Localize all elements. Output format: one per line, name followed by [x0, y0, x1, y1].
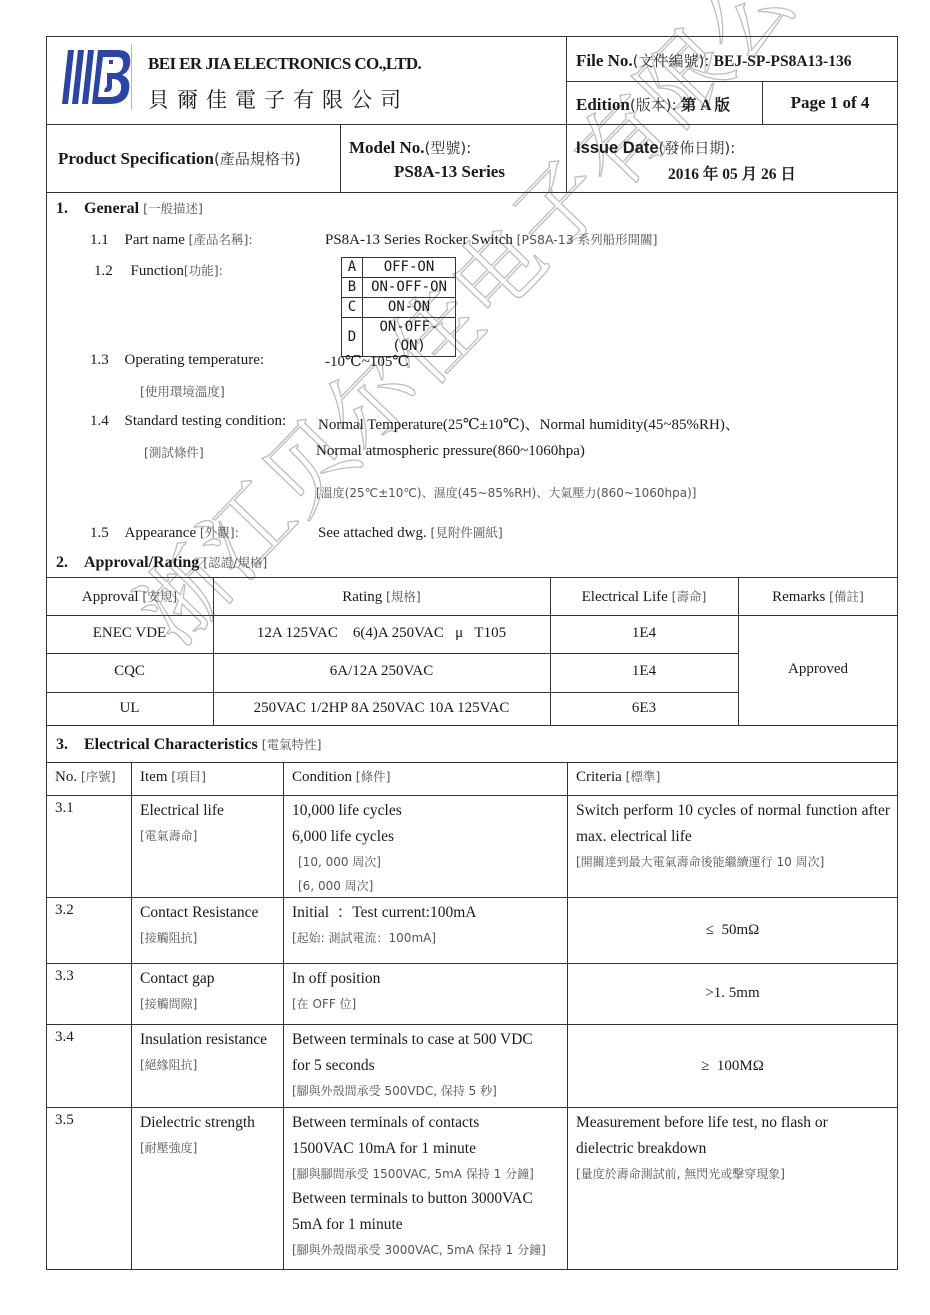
remarks-cell: Approved [738, 661, 898, 678]
condition-line: Between terminals to button 3000VAC [292, 1186, 546, 1212]
item-1-1: 1.1 Part name [產品名稱]: [90, 230, 253, 249]
col-label-cn: [條件] [356, 769, 391, 784]
function-row: CON-ON [342, 298, 456, 318]
condition-line: Between terminals to case at 500 VDC [292, 1027, 533, 1053]
item-text-cn: [耐壓強度] [140, 1136, 255, 1160]
col-label: Criteria [576, 769, 622, 785]
section-title-cn: [電氣特性] [262, 737, 322, 752]
section-title-cn: [認證/規格] [203, 555, 267, 570]
function-value: ON-OFF-(ON) [363, 318, 456, 357]
item-number: 1.1 [90, 232, 109, 248]
item-1-5: 1.5 Appearance [外觀]: [90, 523, 239, 542]
divider [131, 762, 132, 1270]
divider [46, 963, 898, 964]
model-no: Model No.(型號): [349, 137, 471, 158]
section-title: General [84, 200, 139, 217]
condition-line: for 5 seconds [292, 1053, 533, 1079]
divider [46, 1024, 898, 1025]
col-header-criteria: Criteria [標準] [576, 767, 660, 786]
function-row: BON-OFF-ON [342, 278, 456, 298]
item-text-cn: [接觸間隙] [140, 992, 214, 1016]
logo-separator [131, 44, 132, 110]
life-cell: 6E3 [550, 700, 738, 717]
rating-cell: 250VAC 1/2HP 8A 250VAC 10A 125VAC [213, 700, 550, 717]
divider [46, 653, 738, 654]
row-number: 3.1 [55, 800, 74, 817]
row-item: Electrical life [電氣壽命] [140, 798, 224, 848]
col-label: Condition [292, 769, 352, 785]
section-number: 1. [56, 200, 68, 217]
test-condition-line2: Normal atmospheric pressure(860~1060hpa) [316, 443, 585, 460]
life-cell: 1E4 [550, 663, 738, 680]
function-row: DON-OFF-(ON) [342, 318, 456, 357]
function-row: AOFF-ON [342, 258, 456, 278]
issue-date: Issue Date(發佈日期): [576, 137, 735, 158]
function-key: A [342, 258, 363, 278]
row-number: 3.3 [55, 968, 74, 985]
item-label: Part name [125, 232, 185, 248]
item-text: Dielectric strength [140, 1110, 255, 1136]
item-1-3: 1.3 Operating temperature: [90, 352, 264, 369]
row-item: Contact Resistance [接觸阻抗] [140, 900, 258, 950]
appearance-text: See attached dwg. [318, 525, 427, 541]
product-spec-label: Product Specification [58, 149, 214, 168]
row-condition: Initial ：Test current:100mA [起始: 測試電流：10… [292, 900, 476, 950]
condition-line-cn: [腳與腳間承受 1500VAC, 5mA 保持 1 分鐘] [292, 1162, 546, 1186]
divider [46, 795, 898, 796]
condition-line: 1500VAC 10mA for 1 minute [292, 1136, 546, 1162]
test-condition-cn: [溫度(25℃±10℃)、濕度(45~85%RH)、大氣壓力(860~1060h… [316, 484, 696, 501]
col-header-item: Item [項目] [140, 767, 206, 786]
row-item: Dielectric strength [耐壓強度] [140, 1110, 255, 1160]
issue-date-label: Issue Date [576, 139, 659, 157]
item-text-cn: [接觸阻抗] [140, 926, 258, 950]
item-label-cn: [測試條件] [144, 443, 204, 461]
condition-line-cn: [腳與外殼間承受 500VDC, 保持 5 秒] [292, 1079, 533, 1103]
row-criteria: Measurement before life test, no flash o… [576, 1110, 876, 1186]
section-title: Approval/Rating [84, 554, 199, 571]
file-no: File No.(文件編號): BEJ-SP-PS8A13-136 [576, 50, 851, 71]
condition-line: 5mA for 1 minute [292, 1212, 546, 1238]
item-label-cn: [功能]: [184, 263, 223, 278]
edition: Edition(版本): 第 A 版 [576, 93, 730, 115]
col-label: No. [55, 769, 77, 785]
life-cell: 1E4 [550, 625, 738, 642]
divider [46, 615, 898, 616]
row-criteria: ≥ 100MΩ [567, 1058, 898, 1075]
divider [46, 124, 898, 125]
row-condition: In off position [在 OFF 位] [292, 966, 380, 1016]
operating-temp-value: -10℃~105℃ [325, 352, 409, 371]
section-3-heading: 3. Electrical Characteristics [電氣特性] [56, 735, 321, 754]
criteria-text: Switch perform 10 cycles of normal funct… [576, 798, 890, 850]
divider [283, 762, 284, 1270]
item-text: Insulation resistance [140, 1027, 267, 1053]
col-label: Rating [342, 589, 382, 605]
col-header-condition: Condition [條件] [292, 767, 391, 786]
col-label-cn: [序號] [81, 769, 116, 784]
approval-cell: ENEC VDE [46, 625, 213, 642]
divider [46, 762, 898, 763]
col-header-remarks: Remarks [備註] [738, 587, 898, 606]
col-label-cn: [規格] [386, 589, 421, 604]
model-no-value: PS8A-13 Series [394, 162, 505, 182]
page-indicator: Page 1 of 4 [762, 93, 898, 113]
file-no-label-cn: (文件編號): [633, 52, 710, 70]
item-label: Appearance [125, 525, 197, 541]
row-number: 3.2 [55, 902, 74, 919]
divider [340, 124, 341, 192]
col-header-rating: Rating [規格] [213, 587, 550, 606]
edition-label: Edition [576, 95, 630, 114]
row-criteria: Switch perform 10 cycles of normal funct… [576, 798, 890, 874]
row-criteria: >1. 5mm [567, 985, 898, 1002]
col-label-cn: [標準] [626, 769, 661, 784]
item-number: 1.5 [90, 525, 109, 541]
row-condition: Between terminals to case at 500 VDC for… [292, 1027, 533, 1103]
function-key: C [342, 298, 363, 318]
function-value: ON-OFF-ON [363, 278, 456, 298]
test-condition-line1: Normal Temperature(25℃±10℃)、Normal humid… [318, 413, 740, 434]
section-number: 3. [56, 736, 68, 753]
item-1-4: 1.4 Standard testing condition: [90, 413, 286, 430]
divider [46, 725, 898, 726]
col-label: Remarks [772, 589, 825, 605]
divider [46, 577, 898, 578]
item-text: Contact Resistance [140, 900, 258, 926]
condition-line: 6,000 life cycles [292, 824, 402, 850]
condition-line-cn: [在 OFF 位] [292, 992, 380, 1016]
issue-date-label-cn: (發佈日期): [659, 139, 736, 157]
divider [46, 692, 738, 693]
item-number: 1.2 [94, 263, 113, 279]
appearance-value: See attached dwg. [見附件圖紙] [318, 523, 503, 542]
divider [566, 81, 898, 82]
item-label: Operating temperature: [125, 352, 265, 368]
edition-value: 第 A 版 [681, 97, 730, 114]
divider [567, 762, 568, 1270]
appearance-text-cn: [見附件圖紙] [430, 525, 502, 540]
row-item: Insulation resistance [絕緣阻抗] [140, 1027, 267, 1077]
condition-line-cn: [10, 000 周次] [292, 850, 402, 874]
section-title: Electrical Characteristics [84, 736, 258, 753]
divider [46, 1107, 898, 1108]
col-label-cn: [項目] [171, 769, 206, 784]
function-key: B [342, 278, 363, 298]
product-spec: Product Specification(產品規格书) [58, 148, 301, 169]
company-name-en: BEI ER JIA ELECTRONICS CO.,LTD. [148, 54, 421, 74]
item-label-cn: [產品名稱]: [189, 232, 253, 247]
col-header-no: No. [序號] [55, 767, 116, 786]
criteria-text-cn: [量度於壽命測試前, 無閃光或擊穿現象] [576, 1162, 876, 1186]
col-label: Item [140, 769, 168, 785]
section-title-cn: [一般描述] [143, 201, 203, 216]
section-number: 2. [56, 554, 68, 571]
row-criteria: ≤ 50mΩ [567, 922, 898, 939]
item-number: 1.4 [90, 413, 109, 429]
divider [46, 897, 898, 898]
condition-line: Initial ：Test current:100mA [292, 900, 476, 926]
function-key: D [342, 318, 363, 357]
row-condition: Between terminals of contacts 1500VAC 10… [292, 1110, 546, 1262]
item-label-cn: [外觀]: [200, 525, 239, 540]
company-name-cn: 貝爾佳電子有限公司 [148, 84, 409, 114]
item-number: 1.3 [90, 352, 109, 368]
edition-label-cn: (版本): [630, 96, 677, 114]
row-number: 3.4 [55, 1029, 74, 1046]
part-name-value: PS8A-13 Series Rocker Switch [325, 232, 513, 248]
col-label-cn: [安規] [142, 589, 177, 604]
file-no-value: BEJ-SP-PS8A13-136 [714, 53, 852, 70]
approval-cell: CQC [46, 663, 213, 680]
row-condition: 10,000 life cycles 6,000 life cycles [10… [292, 798, 402, 898]
item-label: Standard testing condition: [125, 413, 287, 429]
model-no-label: Model No. [349, 138, 425, 157]
col-header-life: Electrical Life [壽命] [550, 587, 738, 606]
rating-cell: 6A/12A 250VAC [213, 663, 550, 680]
section-1-heading: 1. General [一般描述] [56, 199, 203, 218]
condition-line-cn: [起始: 測試電流：100mA] [292, 926, 476, 950]
row-number: 3.5 [55, 1112, 74, 1129]
item-label-cn: [使用環境溫度] [140, 382, 225, 400]
col-label-cn: [壽命] [672, 589, 707, 604]
function-table: AOFF-ON BON-OFF-ON CON-ON DON-OFF-(ON) [341, 257, 456, 357]
item-label: Function [131, 263, 184, 279]
row-item: Contact gap [接觸間隙] [140, 966, 214, 1016]
condition-line: In off position [292, 966, 380, 992]
criteria-text: Measurement before life test, no flash o… [576, 1110, 876, 1162]
item-text-cn: [電氣壽命] [140, 824, 224, 848]
product-spec-label-cn: (產品規格书) [214, 150, 301, 168]
section-2-heading: 2. Approval/Rating [認證/規格] [56, 553, 267, 572]
col-label: Approval [82, 589, 139, 605]
approval-cell: UL [46, 700, 213, 717]
condition-line-cn: [6, 000 周次] [292, 874, 402, 898]
item-1-1-value: PS8A-13 Series Rocker Switch [PS8A-13 系列… [325, 230, 658, 249]
divider [46, 192, 898, 193]
item-text: Electrical life [140, 798, 224, 824]
condition-line: Between terminals of contacts [292, 1110, 546, 1136]
rating-cell: 12A 125VAC 6(4)A 250VAC μ T105 [213, 625, 550, 642]
col-label: Electrical Life [582, 589, 668, 605]
col-label-cn: [備註] [829, 589, 864, 604]
function-value: ON-ON [363, 298, 456, 318]
condition-line-cn: [腳與外殼間承受 3000VAC, 5mA 保持 1 分鐘] [292, 1238, 546, 1262]
item-text-cn: [絕緣阻抗] [140, 1053, 267, 1077]
col-header-approval: Approval [安規] [46, 587, 213, 606]
issue-date-value: 2016 年 05 月 26 日 [566, 162, 898, 184]
condition-line: 10,000 life cycles [292, 798, 402, 824]
criteria-text-cn: [開關達到最大電氣壽命後能繼續運行 10 周次] [576, 850, 890, 874]
function-value: OFF-ON [363, 258, 456, 278]
part-name-value-cn: [PS8A-13 系列船形開關] [517, 232, 658, 247]
item-text: Contact gap [140, 966, 214, 992]
model-no-label-cn: (型號): [425, 139, 472, 157]
company-logo-icon [60, 46, 140, 110]
item-1-2: 1.2 Function[功能]: [94, 261, 223, 280]
file-no-label: File No. [576, 51, 633, 70]
